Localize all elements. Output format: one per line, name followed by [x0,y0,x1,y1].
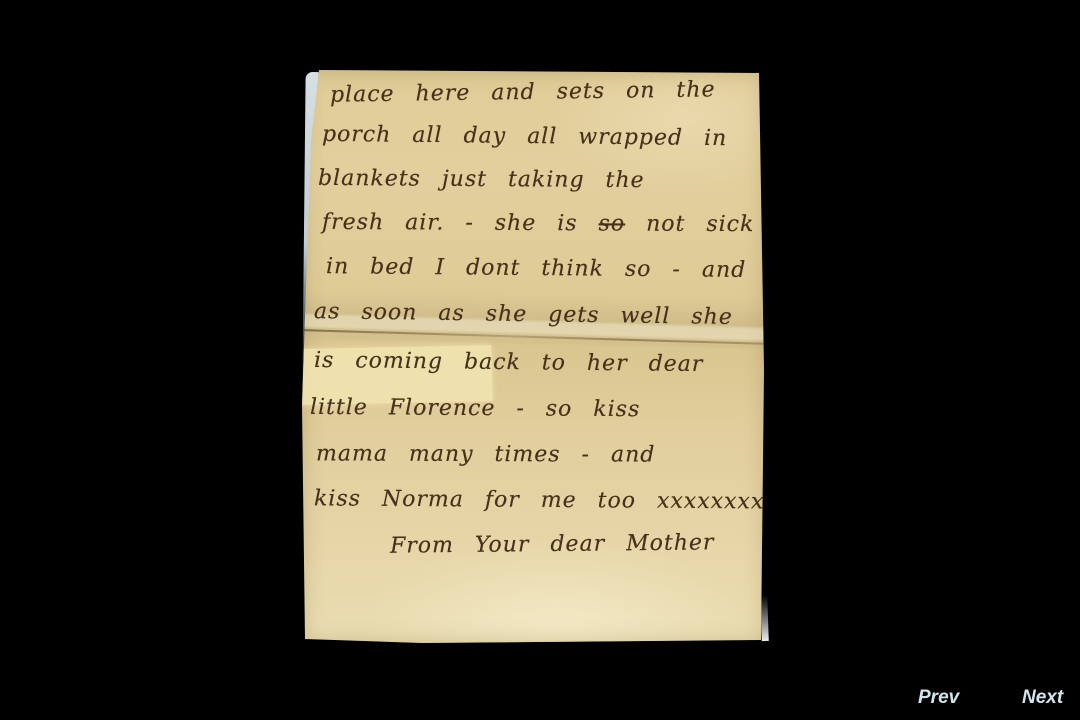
letter-line-1: place here and sets on the [330,77,716,108]
next-button[interactable]: Next [1022,687,1063,709]
letter-line-4-post: not sick [625,211,754,237]
letter-photo: place here and sets on the porch all day… [302,70,766,643]
letter-line-9: mama many times - and [316,441,655,468]
letter-signature-line: From Your dear Mother [390,530,715,559]
letter-line-4-pre: fresh air. - she is [322,210,599,236]
prev-button[interactable]: Prev [918,687,959,709]
letter-line-2: porch all day all wrapped in [322,122,728,152]
letter-line-7: is coming back to her dear [314,348,704,378]
letter-line-5: in bed I dont think so - and [326,254,746,284]
letter-line-10: kiss Norma for me too xxxxxxxxxxx [314,486,805,515]
letter-line-4: fresh air. - she is so not sick [322,210,755,238]
letter-line-4-struck-word: so [599,211,626,236]
paper-corner-highlight [760,595,769,641]
letter-line-3: blankets just taking the [318,166,645,194]
letter-line-8: little Florence - so kiss [310,395,640,423]
letter-paper: place here and sets on the porch all day… [302,70,766,643]
slide-background: place here and sets on the porch all day… [0,0,1080,720]
